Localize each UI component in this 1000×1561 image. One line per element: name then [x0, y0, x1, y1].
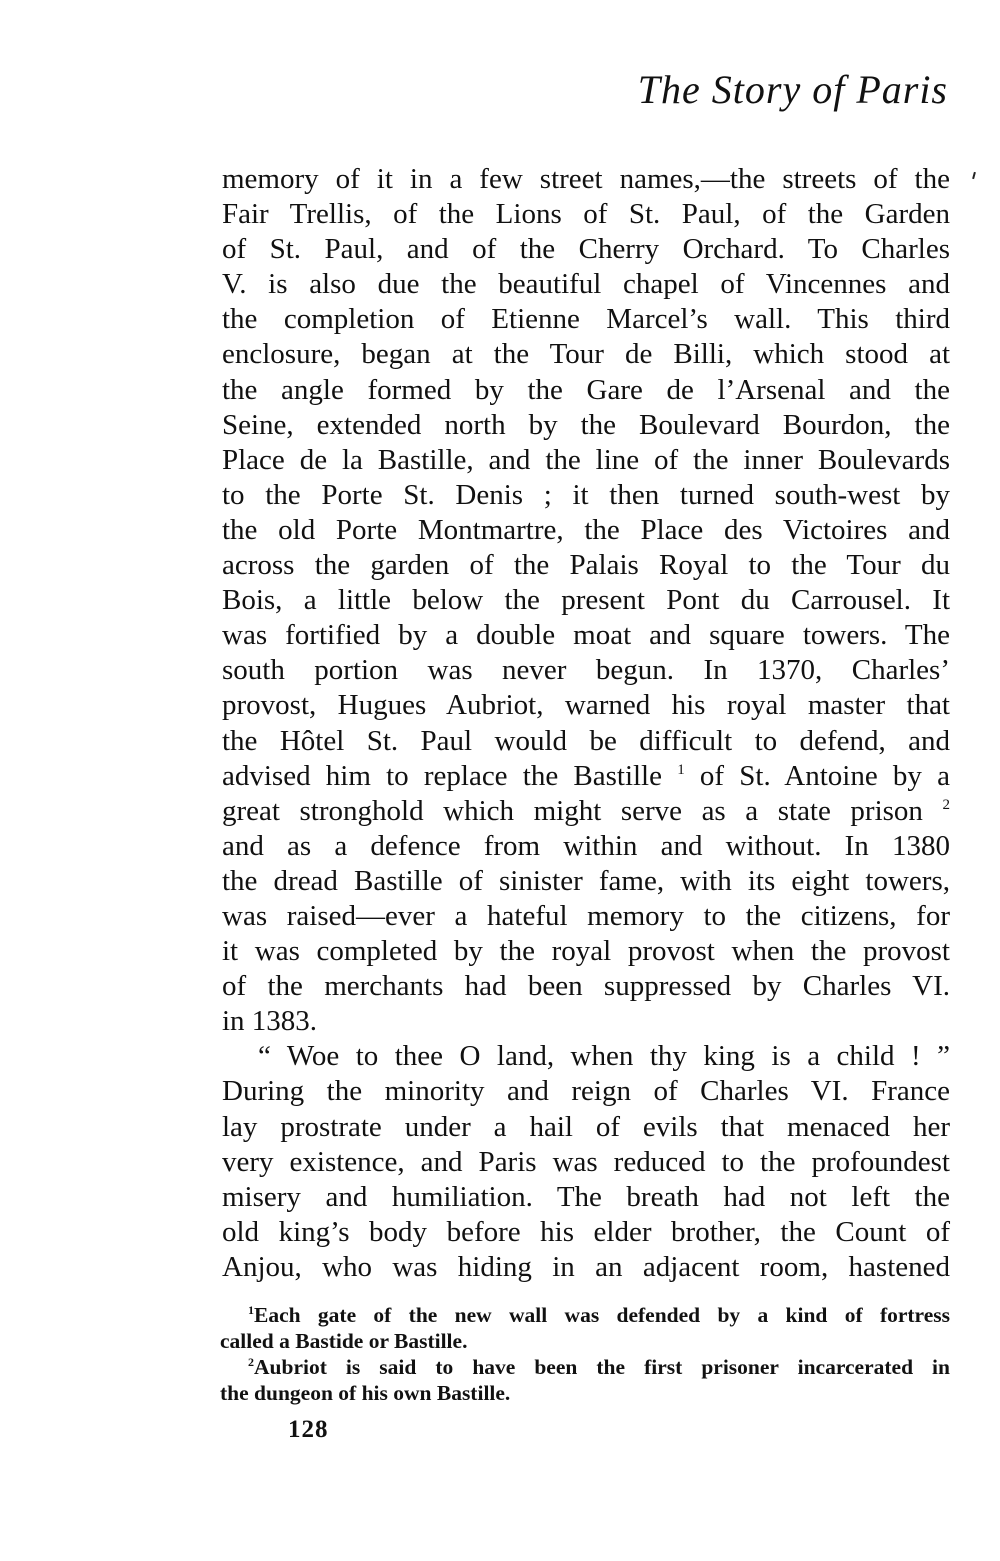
body-line-1: memory of it in a few street names,—the …	[222, 162, 950, 197]
footnote-ref-1[interactable]: 1	[677, 762, 685, 778]
body-line-30: misery and humiliation. The breath had n…	[222, 1180, 950, 1215]
body-line-6: enclosure, began at the Tour de Billi, w…	[222, 337, 950, 372]
body-line-29: very existence, and Paris was reduced to…	[222, 1145, 950, 1180]
footnote-2-line-2: the dungeon of his own Bastille.	[220, 1380, 950, 1406]
footnote-2: 2Aubriot is said to have been the first …	[220, 1354, 950, 1380]
body-line-12: across the garden of the Palais Royal to…	[222, 548, 950, 583]
body-line-32: Anjou, who was hiding in an adjacent roo…	[222, 1250, 950, 1285]
footnote-1: 1Each gate of the new wall was defended …	[220, 1302, 950, 1328]
body-line-17: the Hôtel St. Paul would be difficult to…	[222, 724, 950, 759]
body-line-18: advised him to replace the Bastille 1 of…	[222, 759, 950, 794]
body-text: memory of it in a few street names,—the …	[222, 162, 950, 1285]
body-line-25: in 1383.	[222, 1004, 950, 1039]
body-line-31: old king’s body before his elder brother…	[222, 1215, 950, 1250]
footnote-1-line-2: called a Bastide or Bastille.	[220, 1328, 950, 1354]
body-line-10: to the Porte St. Denis ; it then turned …	[222, 478, 950, 513]
body-line-5: the completion of Etienne Marcel’s wall.…	[222, 302, 950, 337]
footnote-1-line-1: Each gate of the new wall was defended b…	[254, 1303, 950, 1327]
footnote-ref-2[interactable]: 2	[943, 797, 951, 813]
body-line-15: south portion was never begun. In 1370, …	[222, 653, 950, 688]
body-line-24: of the merchants had been suppressed by …	[222, 969, 950, 1004]
body-line-3: of St. Paul, and of the Cherry Orchard. …	[222, 232, 950, 267]
page-number: 128	[288, 1416, 329, 1444]
footnotes: 1Each gate of the new wall was defended …	[220, 1302, 950, 1406]
body-line-20: and as a defence from within and without…	[222, 829, 950, 864]
body-line-18-text-cont: of St. Antoine by a	[685, 760, 950, 792]
body-line-27: During the minority and reign of Charles…	[222, 1074, 950, 1109]
running-head: The Story of Paris	[638, 66, 948, 113]
body-line-2: Fair Trellis, of the Lions of St. Paul, …	[222, 197, 950, 232]
body-line-28: lay prostrate under a hail of evils that…	[222, 1110, 950, 1145]
book-page: The Story of Paris memory of it in a few…	[0, 0, 1000, 1561]
body-line-19: great stronghold which might serve as a …	[222, 794, 950, 829]
body-line-4: V. is also due the beautiful chapel of V…	[222, 267, 950, 302]
body-line-8: Seine, extended north by the Boulevard B…	[222, 408, 950, 443]
body-line-18-text: advised him to replace the Bastille	[222, 760, 677, 792]
body-line-14: was fortified by a double moat and squar…	[222, 618, 950, 653]
body-line-26: “ Woe to thee O land, when thy king is a…	[222, 1039, 950, 1074]
body-line-7: the angle formed by the Gare de l’Arsena…	[222, 373, 950, 408]
body-line-11: the old Porte Montmartre, the Place des …	[222, 513, 950, 548]
body-line-19-text: great stronghold which might serve as a …	[222, 795, 943, 827]
body-line-23: it was completed by the royal provost wh…	[222, 934, 950, 969]
body-line-9: Place de la Bastille, and the line of th…	[222, 443, 950, 478]
body-line-16: provost, Hugues Aubriot, warned his roya…	[222, 688, 950, 723]
stray-print-mark	[972, 172, 976, 179]
body-line-21: the dread Bastille of sinister fame, wit…	[222, 864, 950, 899]
body-line-13: Bois, a little below the present Pont du…	[222, 583, 950, 618]
footnote-2-line-1: Aubriot is said to have been the first p…	[254, 1355, 950, 1379]
body-line-22: was raised—ever a hateful memory to the …	[222, 899, 950, 934]
